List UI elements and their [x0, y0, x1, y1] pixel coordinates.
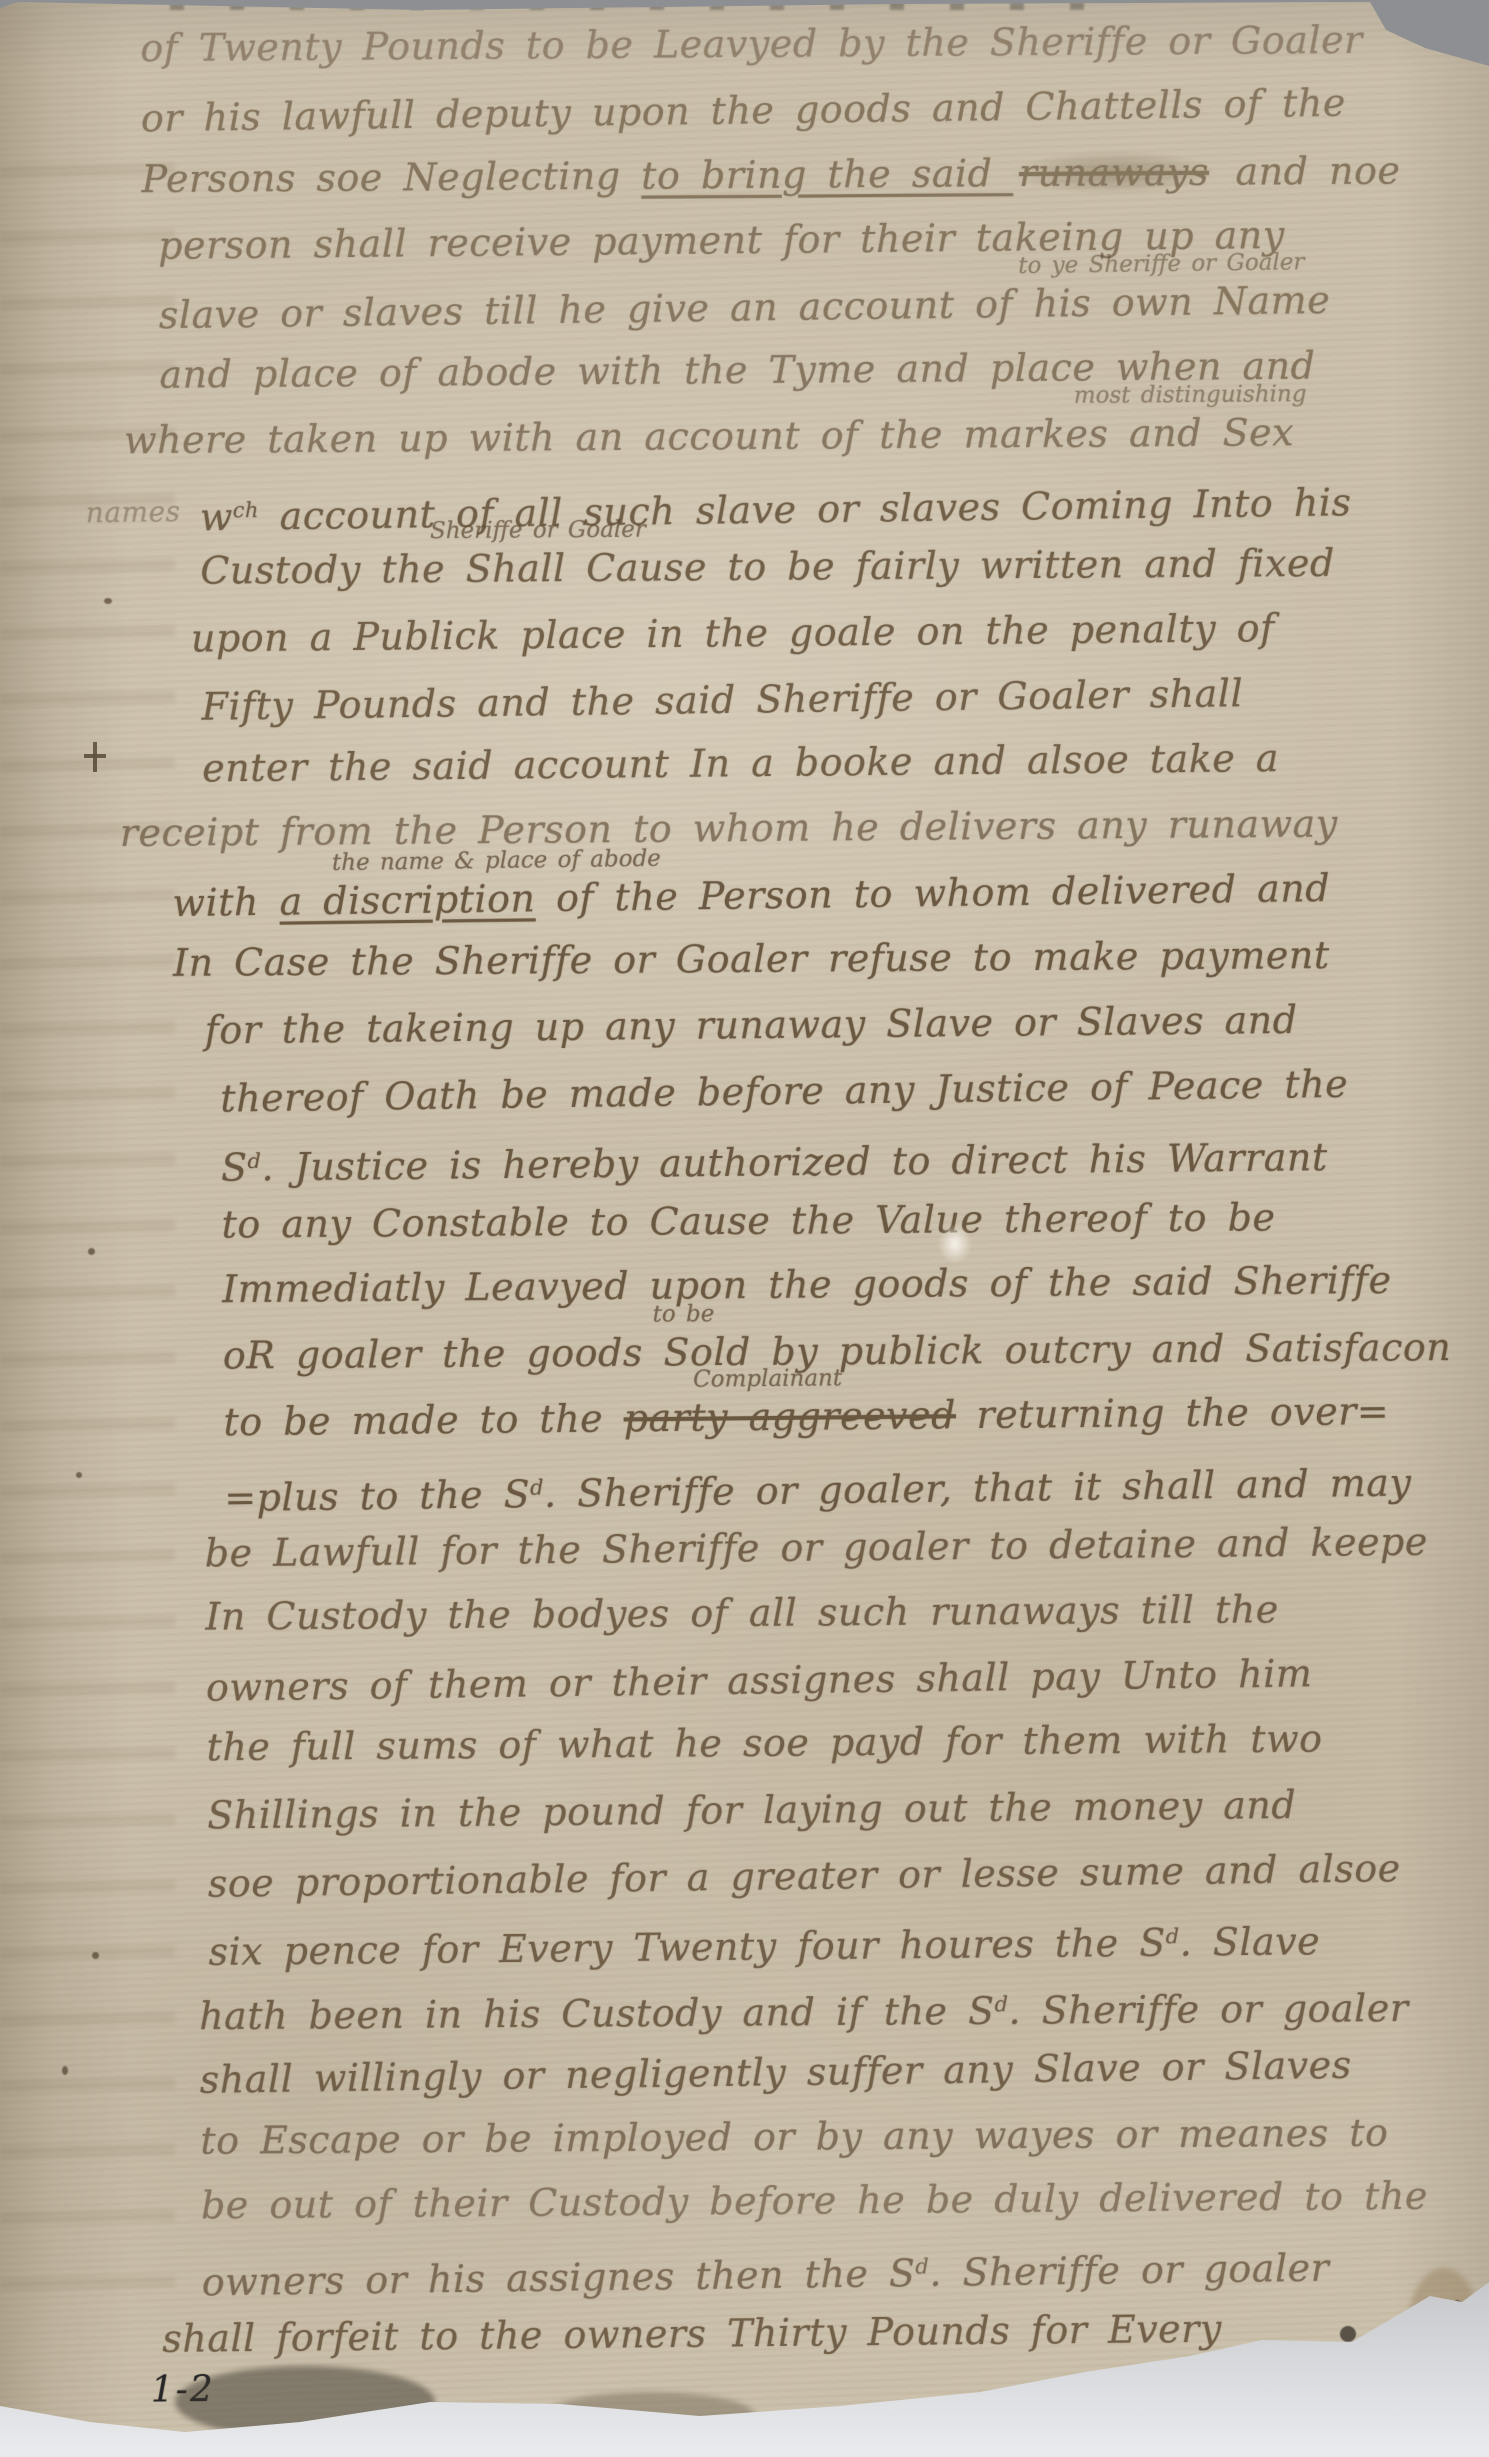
text-segment: be Lawfull for the Sheriffe or goaler to…	[205, 1520, 1428, 1576]
text-segment: enter the said account In a booke and al…	[202, 736, 1279, 790]
text-segment: Custody the Shall Cause to be fairly wri…	[200, 541, 1335, 593]
text-segment: or his lawfull deputy upon the goods and…	[141, 81, 1346, 141]
text-segment: d	[530, 1475, 544, 1499]
text-segment: w	[200, 495, 234, 539]
text-segment: six pence for Every Twenty four houres t…	[208, 1921, 1166, 1974]
text-segment: and noe	[1215, 148, 1401, 193]
ink-dot	[104, 598, 112, 604]
text-segment: to bring the said	[641, 151, 1013, 198]
interlinear-insertion: Sheriffe or Goaler	[430, 519, 646, 543]
manuscript-line: hath been in his Custody and if the Sd. …	[199, 1968, 1489, 2042]
text-segment: Fifty Pounds and the said Sheriffe or Go…	[201, 671, 1243, 729]
text-segment: ch	[233, 498, 259, 522]
text-segment: party aggreeved	[624, 1393, 957, 1440]
text-segment: soe proportionable for a greater or less…	[208, 1846, 1401, 1906]
text-segment: thereof Oath be made before any Justice …	[220, 1062, 1348, 1121]
text-segment: to be made to the	[223, 1397, 624, 1445]
text-segment: d	[247, 1149, 261, 1173]
manuscript-line: In Case the Sheriffe or Goaler refuse to…	[173, 922, 1489, 997]
interlinear-insertion: Complainant	[693, 1368, 842, 1392]
text-segment: owners of them or their assignes shall p…	[206, 1651, 1313, 1709]
text-segment: . Justice is hereby authorized to direct…	[261, 1135, 1328, 1189]
stain	[175, 2366, 435, 2438]
text-segment: hath been in his Custody and if the S	[199, 1989, 995, 2038]
manuscript-line: enter the said account In a booke and al…	[202, 724, 1489, 802]
text-segment: to any Constable to Cause the Value ther…	[221, 1195, 1275, 1246]
text-segment: slave or slaves till he give an account …	[159, 277, 1331, 336]
text-segment: shall willingly or negligently suffer an…	[200, 2043, 1352, 2102]
text-segment: returning the over=	[956, 1389, 1390, 1437]
text-segment: d	[915, 2255, 929, 2279]
ink-dot	[92, 1952, 99, 1959]
stain	[1340, 2326, 1356, 2342]
stain	[1408, 2268, 1480, 2388]
text-segment: the full sums of what he soe payd for th…	[206, 1717, 1322, 1770]
interlinear-insertion: to be	[653, 1303, 715, 1326]
stain	[1452, 2300, 1462, 2312]
manuscript-line: most distinguishingwhere taken up with a…	[124, 399, 1489, 474]
manuscript-line: Sheriffe or GoalerCustody the Shall Caus…	[200, 530, 1489, 604]
manuscript-line: shall forfeit to the owners Thirty Pound…	[162, 2293, 1489, 2371]
manuscript-line: be out of their Custody before he be dul…	[201, 2163, 1489, 2239]
paper-flaw-white-spot	[938, 1224, 972, 1264]
manuscript-line: Immediatly Leavyed upon the goods of the…	[222, 1247, 1489, 1323]
text-segment: d	[1166, 1924, 1180, 1948]
interlinear-insertion: to ye Sheriffe or Goaler	[1018, 251, 1304, 278]
stain	[1388, 2384, 1402, 2402]
text-segment: where taken up with an account of the ma…	[124, 411, 1294, 463]
manuscript-line: six pence for Every Twenty four houres t…	[208, 1901, 1489, 1979]
text-segment: shall forfeit to the owners Thirty Pound…	[162, 2306, 1222, 2360]
manuscript-paper-sheet: 1-2 of Twenty Pounds to be Leavyed by th…	[0, 0, 1489, 2457]
stain	[545, 2392, 755, 2438]
text-segment: In Custody the bodyes of all such runawa…	[205, 1588, 1279, 1639]
text-segment: of the Person to whom delivered and	[535, 866, 1330, 920]
text-segment: . Sheriffe or goaler	[929, 2246, 1330, 2295]
text-segment: . Slave	[1179, 1920, 1320, 1965]
manuscript-line: In Custody the bodyes of all such runawa…	[205, 1576, 1489, 1650]
text-segment: for the takeing up any runaway Slave or …	[205, 998, 1298, 1052]
text-segment: =plus to the S	[224, 1472, 531, 1520]
text-segment: In Case the Sheriffe or Goaler refuse to…	[173, 933, 1330, 985]
text-segment: of Twenty Pounds to be Leavyed by the Sh…	[140, 18, 1363, 70]
manuscript-line: the full sums of what he soe payd for th…	[206, 1705, 1489, 1781]
text-segment: runaways	[1013, 150, 1215, 195]
manuscript-line: of Twenty Pounds to be Leavyed by the Sh…	[140, 7, 1489, 82]
manuscript-line: to beoR goaler the goods Sold by publick…	[223, 1314, 1489, 1388]
margin-note: names	[85, 479, 181, 546]
text-segment: d	[994, 1992, 1008, 2016]
manuscript-line: Persons soe Neglecting to bring the said…	[141, 138, 1489, 213]
text-segment: S	[221, 1145, 248, 1189]
text-segment: . Sheriffe or goaler, that it shall and …	[544, 1460, 1412, 1515]
ink-cross-mark	[84, 742, 106, 772]
interlinear-insertion: the name & place of abode	[332, 848, 661, 875]
text-segment: with	[172, 880, 280, 925]
interlinear-insertion: most distinguishing	[1074, 384, 1307, 409]
text-segment: be out of their Custody before he be dul…	[201, 2174, 1428, 2228]
ink-dot	[76, 1472, 82, 1478]
photograph-of-manuscript: 1-2 of Twenty Pounds to be Leavyed by th…	[0, 0, 1489, 2457]
manuscript-line: to any Constable to Cause the Value ther…	[221, 1184, 1489, 1258]
ink-dot	[88, 1248, 95, 1255]
manuscript-line: to Escape or be imployed or by any wayes…	[200, 2099, 1489, 2173]
text-segment: . Sheriffe or goaler	[1008, 1986, 1408, 2033]
manuscript-line: be Lawfull for the Sheriffe or goaler to…	[204, 1509, 1489, 1587]
manuscript-line: Sd. Justice is hereby authorized to dire…	[221, 1116, 1489, 1194]
text-segment: Shillings in the pound for laying out th…	[207, 1783, 1296, 1837]
ink-dot	[62, 2066, 68, 2075]
text-segment: Immediatly Leavyed upon the goods of the…	[222, 1258, 1392, 1311]
text-segment: receipt from the Person to whom he deliv…	[120, 801, 1338, 855]
text-segment: owners or his assignes then the S	[201, 2251, 915, 2304]
text-segment: Persons soe Neglecting	[141, 153, 641, 200]
manuscript-line: Complainantto be made to the party aggre…	[223, 1378, 1489, 1456]
manuscript-line: receipt from the Person to whom he deliv…	[120, 790, 1489, 866]
torn-top-edge	[170, 0, 1120, 10]
text-segment: to Escape or be imployed or by any wayes…	[200, 2110, 1388, 2162]
text-segment: account of all such slave or slaves Comi…	[259, 480, 1352, 538]
text-segment: a discription	[279, 876, 535, 923]
manuscript-lines: 1-2 of Twenty Pounds to be Leavyed by th…	[140, 5, 1489, 2372]
text-segment: upon a Publick place in the goale on the…	[191, 606, 1275, 660]
